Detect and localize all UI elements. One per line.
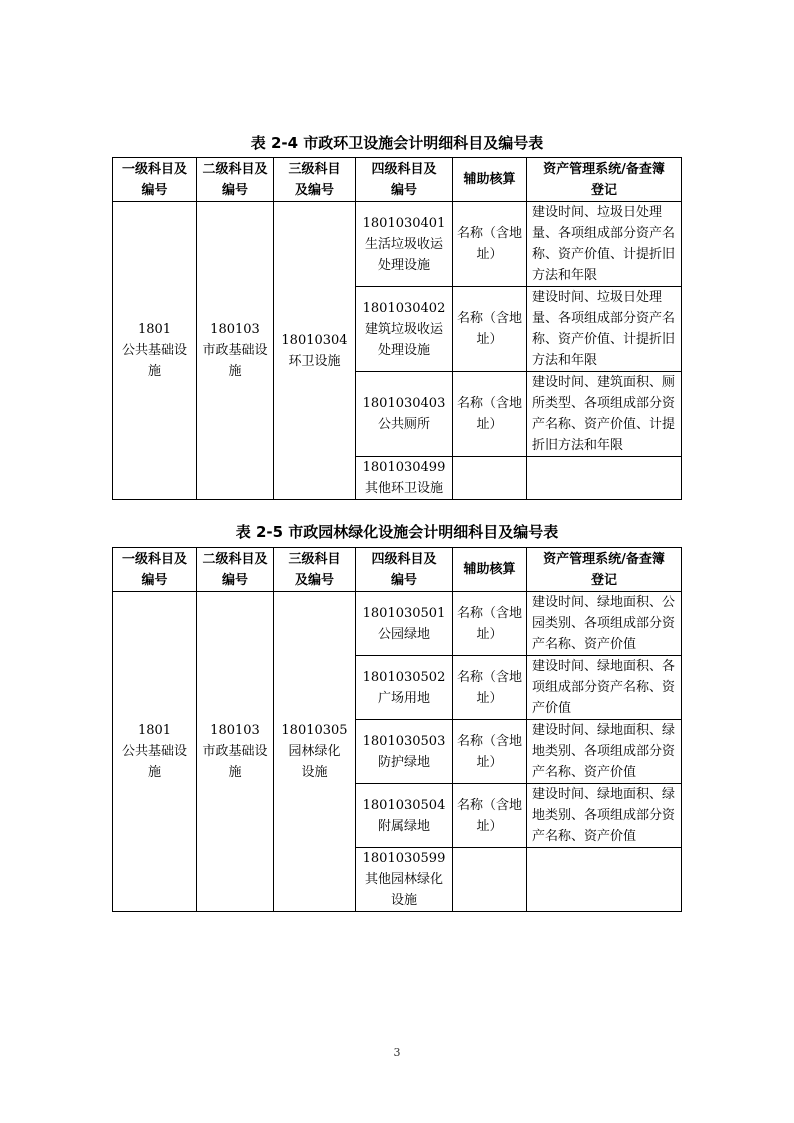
aux-cell <box>453 848 527 912</box>
header-row: 一级科目及编号 二级科目及编号 三级科目及编号 四级科目及编号 辅助核算 资产管… <box>113 158 682 202</box>
level4-cell: 1801030402建筑垃圾收运处理设施 <box>356 287 453 372</box>
aux-cell: 名称（含地址） <box>453 372 527 457</box>
col-header-level2: 二级科目及编号 <box>197 548 274 592</box>
col-header-level4: 四级科目及编号 <box>356 158 453 202</box>
table-row: 1801公共基础设施 180103市政基础设施 18010305园林绿化设施 1… <box>113 592 682 656</box>
aux-cell: 名称（含地址） <box>453 656 527 720</box>
aux-cell: 名称（含地址） <box>453 287 527 372</box>
header-row: 一级科目及编号 二级科目及编号 三级科目及编号 四级科目及编号 辅助核算 资产管… <box>113 548 682 592</box>
registry-cell: 建设时间、垃圾日处理量、各项组成部分资产名称、资产价值、计提折旧方法和年限 <box>527 287 682 372</box>
registry-cell: 建设时间、绿地面积、公园类别、各项组成部分资产名称、资产价值 <box>527 592 682 656</box>
page-number: 3 <box>0 1046 794 1059</box>
account-table: 一级科目及编号 二级科目及编号 三级科目及编号 四级科目及编号 辅助核算 资产管… <box>112 157 682 500</box>
level3-cell: 18010304环卫设施 <box>274 202 356 500</box>
col-header-level4: 四级科目及编号 <box>356 548 453 592</box>
level4-cell: 1801030501公园绿地 <box>356 592 453 656</box>
registry-cell: 建设时间、绿地面积、各项组成部分资产名称、资产价值 <box>527 656 682 720</box>
registry-cell <box>527 457 682 500</box>
level1-cell: 1801公共基础设施 <box>113 592 197 912</box>
col-header-aux: 辅助核算 <box>453 158 527 202</box>
table-caption: 表 2-5 市政园林绿化设施会计明细科目及编号表 <box>0 522 794 542</box>
table-caption: 表 2-4 市政环卫设施会计明细科目及编号表 <box>0 133 794 153</box>
registry-cell: 建设时间、绿地面积、绿地类别、各项组成部分资产名称、资产价值 <box>527 720 682 784</box>
registry-cell: 建设时间、垃圾日处理量、各项组成部分资产名称、资产价值、计提折旧方法和年限 <box>527 202 682 287</box>
col-header-level3: 三级科目及编号 <box>274 548 356 592</box>
level3-cell: 18010305园林绿化设施 <box>274 592 356 912</box>
col-header-level3: 三级科目及编号 <box>274 158 356 202</box>
col-header-level2: 二级科目及编号 <box>197 158 274 202</box>
level4-cell: 1801030503防护绿地 <box>356 720 453 784</box>
level2-cell: 180103市政基础设施 <box>197 592 274 912</box>
table-row: 1801公共基础设施 180103市政基础设施 18010304环卫设施 180… <box>113 202 682 287</box>
aux-cell <box>453 457 527 500</box>
col-header-level1: 一级科目及编号 <box>113 158 197 202</box>
aux-cell: 名称（含地址） <box>453 720 527 784</box>
registry-cell: 建设时间、绿地面积、绿地类别、各项组成部分资产名称、资产价值 <box>527 784 682 848</box>
aux-cell: 名称（含地址） <box>453 784 527 848</box>
col-header-aux: 辅助核算 <box>453 548 527 592</box>
aux-cell: 名称（含地址） <box>453 592 527 656</box>
level4-cell: 1801030401生活垃圾收运处理设施 <box>356 202 453 287</box>
level4-cell: 1801030403公共厕所 <box>356 372 453 457</box>
col-header-registry: 资产管理系统/备查簿登记 <box>527 158 682 202</box>
aux-cell: 名称（含地址） <box>453 202 527 287</box>
account-table: 一级科目及编号 二级科目及编号 三级科目及编号 四级科目及编号 辅助核算 资产管… <box>112 547 682 912</box>
registry-cell <box>527 848 682 912</box>
level1-cell: 1801公共基础设施 <box>113 202 197 500</box>
level2-cell: 180103市政基础设施 <box>197 202 274 500</box>
level4-cell: 1801030502广场用地 <box>356 656 453 720</box>
registry-cell: 建设时间、建筑面积、厕所类型、各项组成部分资产名称、资产价值、计提折旧方法和年限 <box>527 372 682 457</box>
level4-cell: 1801030499其他环卫设施 <box>356 457 453 500</box>
level4-cell: 1801030504附属绿地 <box>356 784 453 848</box>
col-header-registry: 资产管理系统/备查簿登记 <box>527 548 682 592</box>
col-header-level1: 一级科目及编号 <box>113 548 197 592</box>
level4-cell: 1801030599其他园林绿化设施 <box>356 848 453 912</box>
